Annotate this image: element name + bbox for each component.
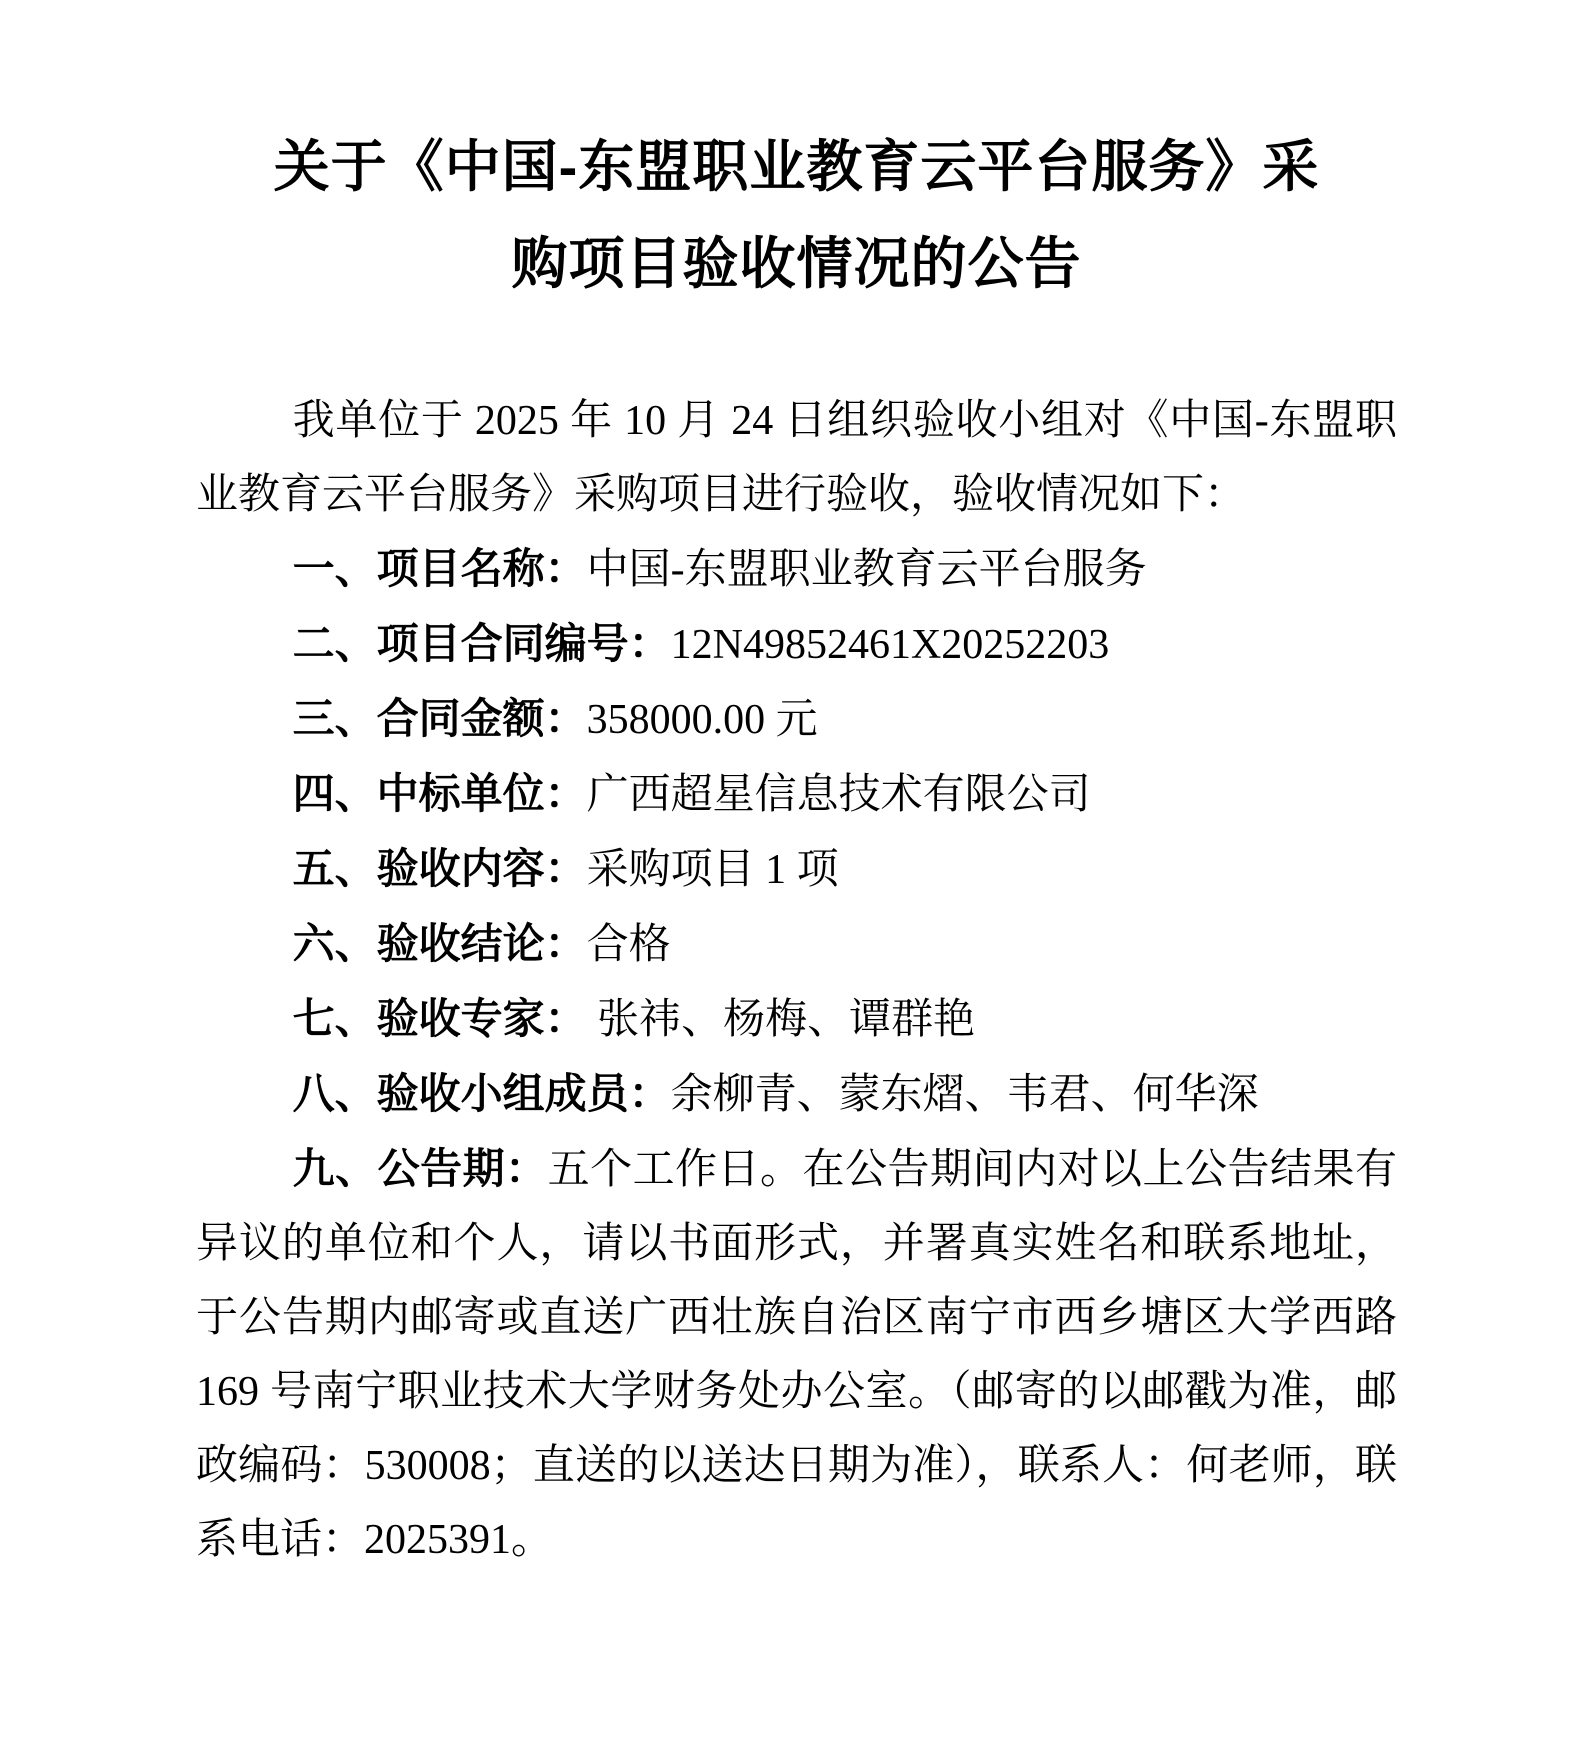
item-label: 一、项目名称：	[293, 545, 587, 592]
page-title-line-1: 关于《中国-东盟职业教育云平台服务》采	[196, 118, 1397, 215]
item-value: 五个工作日。在公告期间内对以上公告结果有异议的单位和个人，请以书面形式，并署真实…	[196, 1147, 1397, 1563]
list-item-project-name: 一、项目名称：中国-东盟职业教育云平台服务	[196, 532, 1397, 607]
item-label: 七、验收专家：	[293, 995, 587, 1042]
item-label: 三、合同金额：	[293, 695, 587, 742]
document-page: 关于《中国-东盟职业教育云平台服务》采 购项目验收情况的公告 我单位于 2025…	[0, 0, 1587, 1738]
item-label: 六、验收结论：	[293, 920, 587, 967]
item-value: 中国-东盟职业教育云平台服务	[587, 547, 1147, 593]
item-label: 四、中标单位：	[293, 770, 587, 817]
item-value: 采购项目 1 项	[587, 847, 839, 893]
list-item-acceptance-experts: 七、验收专家： 张祎、杨梅、谭群艳	[196, 982, 1397, 1057]
item-label: 二、项目合同编号：	[293, 620, 671, 667]
list-item-contract-amount: 三、合同金额：358000.00 元	[196, 682, 1397, 757]
list-item-contract-number: 二、项目合同编号：12N49852461X20252203	[196, 607, 1397, 682]
item-value: 张祎、杨梅、谭群艳	[587, 997, 976, 1043]
page-title-line-2: 购项目验收情况的公告	[196, 215, 1397, 312]
item-value: 余柳青、蒙东熠、韦君、何华深	[671, 1072, 1259, 1118]
item-value: 12N49852461X20252203	[671, 622, 1110, 668]
page-title: 关于《中国-东盟职业教育云平台服务》采 购项目验收情况的公告	[196, 118, 1397, 312]
item-label: 八、验收小组成员：	[293, 1070, 671, 1117]
item-value: 358000.00 元	[587, 697, 818, 743]
intro-paragraph: 我单位于 2025 年 10 月 24 日组织验收小组对《中国-东盟职业教育云平…	[196, 384, 1397, 532]
list-item-acceptance-team: 八、验收小组成员：余柳青、蒙东熠、韦君、何华深	[196, 1057, 1397, 1132]
item-label: 九、公告期：	[293, 1145, 548, 1192]
item-label: 五、验收内容：	[293, 845, 587, 892]
list-item-acceptance-content: 五、验收内容：采购项目 1 项	[196, 832, 1397, 907]
item-value: 广西超星信息技术有限公司	[587, 772, 1091, 818]
item-value: 合格	[587, 922, 671, 968]
list-item-acceptance-conclusion: 六、验收结论：合格	[196, 907, 1397, 982]
list-item-winning-bidder: 四、中标单位：广西超星信息技术有限公司	[196, 757, 1397, 832]
list-item-announcement-period: 九、公告期：五个工作日。在公告期间内对以上公告结果有异议的单位和个人，请以书面形…	[196, 1132, 1397, 1577]
